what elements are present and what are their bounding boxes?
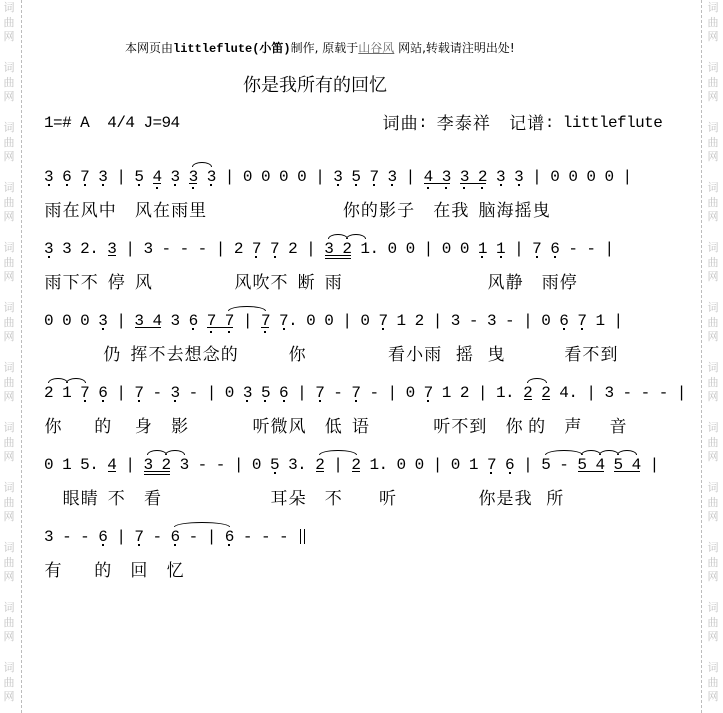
dash-extension: -: [189, 385, 198, 401]
barline: |: [604, 241, 613, 257]
char: 的: [360, 202, 378, 220]
note-0: 0: [297, 169, 306, 185]
slur-tie: [147, 450, 167, 455]
note-6: 6: [62, 169, 71, 185]
note-5: 5: [270, 457, 279, 473]
note-3: 3: [288, 457, 297, 473]
low-octave-dot: [283, 328, 285, 330]
char: 雨: [541, 274, 559, 292]
note-6: 6: [225, 529, 234, 545]
note-0: 0: [279, 169, 288, 185]
char: 看: [388, 346, 406, 364]
char: 雨: [424, 346, 442, 364]
char: 子: [397, 202, 415, 220]
note-4: 4: [559, 385, 568, 401]
char: 听: [378, 490, 396, 508]
note-2: 2: [80, 241, 89, 257]
low-octave-dot: [102, 184, 104, 186]
dash-extension: -: [568, 241, 577, 257]
dash-extension: -: [261, 529, 270, 545]
beam-underline: [153, 183, 161, 184]
notation-row-4: 2176|7-3-|0356|7-7-|0712|1.224.|3---|: [44, 385, 684, 403]
note-3: 3: [451, 313, 460, 329]
char: 不: [451, 418, 469, 436]
barline: |: [523, 457, 532, 473]
note-1: 1: [62, 385, 71, 401]
low-octave-dot: [481, 187, 483, 189]
note-0: 0: [306, 313, 315, 329]
char: 的: [220, 346, 238, 364]
low-octave-dot: [156, 187, 158, 189]
char: 停: [107, 274, 125, 292]
beam-underline: [316, 471, 324, 472]
note-6: 6: [98, 529, 107, 545]
notation-row-1: 3673|54333|0000|3573|433233|0000|: [44, 169, 684, 187]
note-0: 0: [80, 313, 89, 329]
slur-tie: [527, 378, 547, 383]
low-octave-dot: [355, 184, 357, 186]
double-beam-underline: [325, 258, 351, 259]
char: 所: [546, 490, 564, 508]
low-octave-dot: [509, 472, 511, 474]
note-6: 6: [98, 385, 107, 401]
barline: |: [586, 385, 595, 401]
note-6: 6: [189, 313, 198, 329]
note-7: 7: [134, 529, 143, 545]
char: 身: [134, 418, 152, 436]
low-octave-dot: [102, 544, 104, 546]
low-octave-dot: [445, 187, 447, 189]
low-octave-dot: [192, 187, 194, 189]
note-0: 0: [243, 169, 252, 185]
note-3: 3: [171, 169, 180, 185]
note-3: 3: [44, 169, 53, 185]
dash-extension: -: [369, 385, 378, 401]
note-3: 3: [487, 313, 496, 329]
note-3: 3: [496, 169, 505, 185]
low-octave-dot: [427, 400, 429, 402]
char: 不: [270, 274, 288, 292]
slur-tie: [599, 450, 619, 455]
note-0: 0: [541, 313, 550, 329]
note-7: 7: [279, 313, 288, 329]
char: 眼: [62, 490, 80, 508]
augmentation-dot: .: [288, 313, 297, 329]
low-octave-dot: [481, 256, 483, 258]
slur-tie: [48, 378, 68, 383]
char: 你: [288, 346, 306, 364]
low-octave-dot: [228, 331, 230, 333]
dash-extension: -: [152, 529, 161, 545]
lyrics-row-1: 雨在风中风在雨里你的影子在我脑海摇曳: [44, 202, 684, 220]
char: 在: [433, 202, 451, 220]
note-3: 3: [604, 385, 613, 401]
char: 曳: [532, 202, 550, 220]
char: 风: [234, 274, 252, 292]
barline: |: [650, 457, 659, 473]
beam-underline: [542, 399, 550, 400]
char: 挥: [130, 346, 148, 364]
note-2: 2: [234, 241, 243, 257]
score: 3673|54333|0000|3573|433233|0000|雨在风中风在雨…: [0, 0, 723, 713]
note-0: 0: [604, 169, 613, 185]
note-1: 1: [469, 457, 478, 473]
note-0: 0: [460, 241, 469, 257]
char: 影: [378, 202, 396, 220]
char: 忆: [166, 562, 184, 580]
low-octave-dot: [174, 184, 176, 186]
note-7: 7: [80, 385, 89, 401]
low-octave-dot: [355, 400, 357, 402]
note-3: 3: [62, 241, 71, 257]
char: 我: [514, 490, 532, 508]
char: 音: [609, 418, 627, 436]
char: 风: [134, 202, 152, 220]
char: 睛: [80, 490, 98, 508]
note-0: 0: [397, 457, 406, 473]
low-octave-dot: [210, 184, 212, 186]
note-0: 0: [44, 313, 53, 329]
note-7: 7: [270, 241, 279, 257]
char: 看: [143, 490, 161, 508]
barline: |: [216, 241, 225, 257]
note-0: 0: [415, 457, 424, 473]
note-7: 7: [80, 169, 89, 185]
char: 在: [62, 202, 80, 220]
note-6: 6: [550, 241, 559, 257]
low-octave-dot: [138, 544, 140, 546]
char: 有: [44, 562, 62, 580]
char: 断: [297, 274, 315, 292]
note-0: 0: [586, 169, 595, 185]
low-octave-dot: [274, 256, 276, 258]
char: 摇: [514, 202, 532, 220]
note-0: 0: [568, 169, 577, 185]
dash-extension: -: [641, 385, 650, 401]
char: 不: [582, 346, 600, 364]
augmentation-dot: .: [89, 241, 98, 257]
lyrics-row-3: 仍挥不去想念的你看小雨摇曳看不到: [44, 346, 684, 364]
note-6: 6: [505, 457, 514, 473]
low-octave-dot: [192, 328, 194, 330]
low-octave-dot: [518, 184, 520, 186]
barline: |: [406, 169, 415, 185]
low-octave-dot: [274, 472, 276, 474]
note-3: 3: [333, 169, 342, 185]
barline: |: [116, 313, 125, 329]
note-2: 2: [44, 385, 53, 401]
dash-extension: -: [216, 457, 225, 473]
char: 静: [505, 274, 523, 292]
note-5: 5: [541, 457, 550, 473]
beam-underline: [578, 471, 604, 472]
char: 念: [202, 346, 220, 364]
low-octave-dot: [228, 544, 230, 546]
note-6: 6: [559, 313, 568, 329]
slur-tie: [346, 234, 366, 239]
note-3: 3: [171, 385, 180, 401]
barline: |: [677, 385, 686, 401]
note-3: 3: [143, 241, 152, 257]
low-octave-dot: [536, 256, 538, 258]
note-2: 2: [288, 241, 297, 257]
low-octave-dot: [210, 331, 212, 333]
low-octave-dot: [563, 328, 565, 330]
low-octave-dot: [255, 256, 257, 258]
low-octave-dot: [337, 184, 339, 186]
note-1: 1: [62, 457, 71, 473]
notation-row-2: 332.3|3---|2772|321.00|0011|76--|: [44, 241, 684, 259]
barline: |: [116, 529, 125, 545]
note-0: 0: [252, 457, 261, 473]
char: 的: [528, 418, 546, 436]
char: 风: [134, 274, 152, 292]
low-octave-dot: [138, 184, 140, 186]
dash-extension: -: [180, 241, 189, 257]
char: 下: [62, 274, 80, 292]
note-3: 3: [44, 241, 53, 257]
low-octave-dot: [382, 328, 384, 330]
low-octave-dot: [581, 328, 583, 330]
double-beam-underline: [144, 474, 170, 475]
dash-extension: -: [586, 241, 595, 257]
dash-extension: -: [198, 241, 207, 257]
note-6: 6: [171, 529, 180, 545]
beam-underline: [108, 255, 116, 256]
note-7: 7: [532, 241, 541, 257]
barline: |: [523, 313, 532, 329]
char: 中: [98, 202, 116, 220]
char: 耳: [270, 490, 288, 508]
dash-extension: -: [623, 385, 632, 401]
notation-row-3: 0003|343677|77.00|0712|3-3-|0671|: [44, 313, 684, 331]
beam-underline: [135, 327, 161, 328]
augmentation-dot: .: [369, 241, 378, 257]
lyrics-row-6: 有的回忆: [44, 562, 684, 580]
low-octave-dot: [246, 400, 248, 402]
dash-extension: -: [469, 313, 478, 329]
low-octave-dot: [490, 472, 492, 474]
char: 脑: [478, 202, 496, 220]
char: 我: [451, 202, 469, 220]
slur-tie: [319, 450, 357, 455]
char: 看: [564, 346, 582, 364]
slur-tie: [192, 162, 212, 167]
char: 雨: [324, 274, 342, 292]
char: 不: [80, 274, 98, 292]
slur-tie: [66, 378, 86, 383]
note-1: 1: [478, 241, 487, 257]
note-7: 7: [424, 385, 433, 401]
low-octave-dot: [174, 544, 176, 546]
note-1: 1: [369, 457, 378, 473]
char: 吹: [252, 274, 270, 292]
char: 影: [171, 418, 189, 436]
dash-extension: -: [279, 529, 288, 545]
note-3: 3: [180, 457, 189, 473]
note-7: 7: [369, 169, 378, 185]
beam-underline: [108, 471, 116, 472]
note-7: 7: [252, 241, 261, 257]
note-0: 0: [360, 313, 369, 329]
note-7: 7: [487, 457, 496, 473]
beam-underline: [460, 183, 486, 184]
char: 想: [184, 346, 202, 364]
note-7: 7: [315, 385, 324, 401]
char: 小: [406, 346, 424, 364]
note-3: 3: [207, 169, 216, 185]
char: 到: [469, 418, 487, 436]
augmentation-dot: .: [297, 457, 306, 473]
char: 曳: [487, 346, 505, 364]
barline: |: [614, 313, 623, 329]
char: 在: [152, 202, 170, 220]
dash-extension: -: [80, 529, 89, 545]
dash-extension: -: [152, 385, 161, 401]
barline: |: [207, 529, 216, 545]
low-octave-dot: [500, 256, 502, 258]
note-1: 1: [496, 241, 505, 257]
char: 海: [496, 202, 514, 220]
beam-underline: [524, 399, 532, 400]
note-1: 1: [496, 385, 505, 401]
dash-extension: -: [62, 529, 71, 545]
lyrics-row-2: 雨下不停风风吹不断雨风静雨停: [44, 274, 684, 292]
note-0: 0: [324, 313, 333, 329]
char: 摇: [455, 346, 473, 364]
dash-extension: -: [659, 385, 668, 401]
note-3: 3: [243, 385, 252, 401]
lyrics-row-5: 眼睛不看耳朵不听你是我所: [44, 490, 684, 508]
char: 的: [94, 418, 112, 436]
barline: |: [125, 241, 134, 257]
barline: |: [207, 385, 216, 401]
barline: |: [514, 241, 523, 257]
slur-tie: [228, 306, 266, 311]
char: 雨: [171, 202, 189, 220]
slur-tie: [545, 450, 583, 455]
augmentation-dot: .: [89, 457, 98, 473]
char: 不: [148, 346, 166, 364]
low-octave-dot: [174, 400, 176, 402]
barline: |: [234, 457, 243, 473]
augmentation-dot: .: [505, 385, 514, 401]
char: 停: [559, 274, 577, 292]
low-octave-dot: [138, 400, 140, 402]
beam-underline: [352, 471, 360, 472]
char: 雨: [44, 274, 62, 292]
note-3: 3: [98, 313, 107, 329]
low-octave-dot: [283, 400, 285, 402]
note-7: 7: [351, 385, 360, 401]
barline: |: [342, 313, 351, 329]
barline: |: [532, 169, 541, 185]
slur-tie: [617, 450, 637, 455]
barline: |: [116, 385, 125, 401]
char: 你: [505, 418, 523, 436]
char: 语: [351, 418, 369, 436]
dash-extension: -: [162, 241, 171, 257]
barline: |: [315, 169, 324, 185]
dash-extension: -: [333, 385, 342, 401]
barline: |: [478, 385, 487, 401]
barline: |: [125, 457, 134, 473]
note-0: 0: [388, 241, 397, 257]
note-0: 0: [62, 313, 71, 329]
char: 不: [324, 490, 342, 508]
dash-extension: -: [189, 529, 198, 545]
note-0: 0: [406, 241, 415, 257]
barline: |: [433, 313, 442, 329]
dash-extension: -: [505, 313, 514, 329]
char: 风: [80, 202, 98, 220]
note-1: 1: [595, 313, 604, 329]
char: 微: [270, 418, 288, 436]
barline: |: [623, 169, 632, 185]
low-octave-dot: [102, 328, 104, 330]
low-octave-dot: [319, 400, 321, 402]
dash-extension: -: [198, 457, 207, 473]
char: 听: [252, 418, 270, 436]
char: 风: [288, 418, 306, 436]
lyrics-row-4: 你的身影听微风低语听不到你的声音: [44, 418, 684, 436]
note-5: 5: [351, 169, 360, 185]
note-2: 2: [460, 385, 469, 401]
note-3: 3: [171, 313, 180, 329]
char: 雨: [44, 202, 62, 220]
char: 听: [433, 418, 451, 436]
char: 声: [564, 418, 582, 436]
notation-row-5: 015.4|323--|053.2|21.00|0176|5-5454|: [44, 457, 684, 475]
low-octave-dot: [84, 184, 86, 186]
char: 低: [324, 418, 342, 436]
note-7: 7: [378, 313, 387, 329]
barline: |: [424, 241, 433, 257]
char: 你: [44, 418, 62, 436]
beam-underline: [261, 327, 269, 328]
slur-tie: [174, 522, 230, 527]
note-1: 1: [442, 385, 451, 401]
char: 朵: [288, 490, 306, 508]
low-octave-dot: [391, 184, 393, 186]
low-octave-dot: [500, 184, 502, 186]
barline: |: [116, 169, 125, 185]
beam-underline: [207, 327, 233, 328]
low-octave-dot: [84, 400, 86, 402]
note-0: 0: [550, 169, 559, 185]
char: 到: [600, 346, 618, 364]
char: 不: [107, 490, 125, 508]
char: 仍: [103, 346, 121, 364]
augmentation-dot: .: [378, 457, 387, 473]
char: 风: [487, 274, 505, 292]
beam-underline: [424, 183, 450, 184]
note-2: 2: [415, 313, 424, 329]
barline: |: [333, 457, 342, 473]
note-3: 3: [98, 169, 107, 185]
note-1: 1: [360, 241, 369, 257]
augmentation-dot: .: [568, 385, 577, 401]
note-3: 3: [514, 169, 523, 185]
char: 回: [130, 562, 148, 580]
final-barline: [297, 529, 306, 545]
char: 你: [478, 490, 496, 508]
low-octave-dot: [264, 400, 266, 402]
dash-extension: -: [559, 457, 568, 473]
note-0: 0: [225, 385, 234, 401]
beam-underline: [189, 183, 197, 184]
note-7: 7: [134, 385, 143, 401]
